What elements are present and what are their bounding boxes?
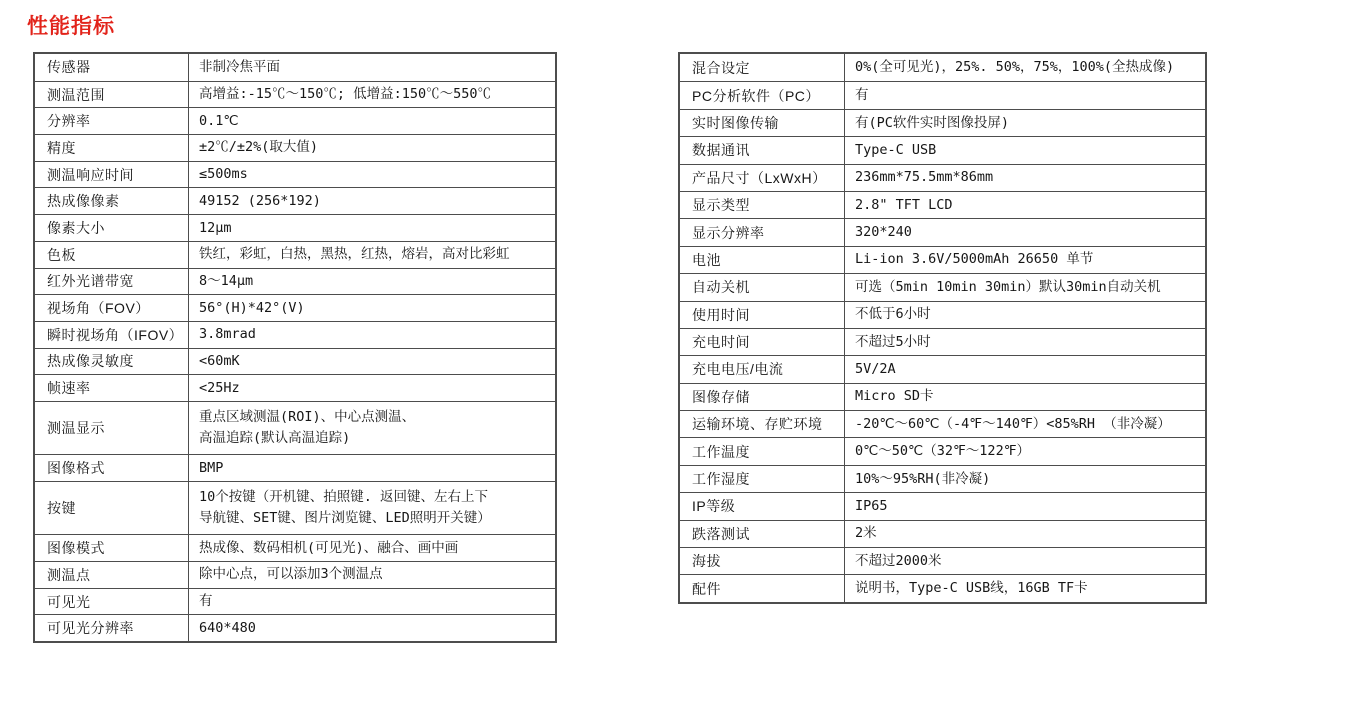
spec-value: 56°(H)*42°(V)	[189, 295, 555, 321]
spec-label: 数据通讯	[680, 137, 845, 163]
table-row: 图像存储Micro SD卡	[680, 383, 1205, 410]
spec-value: 不低于6小时	[845, 302, 1205, 328]
spec-label: 充电时间	[680, 329, 845, 355]
spec-label: PC分析软件（PC）	[680, 82, 845, 108]
table-row: 跌落测试2米	[680, 520, 1205, 547]
table-row: 图像格式BMP	[35, 454, 555, 481]
spec-label: 工作湿度	[680, 466, 845, 492]
table-row: 显示类型2.8" TFT LCD	[680, 191, 1205, 218]
spec-value: Type-C USB	[845, 137, 1205, 163]
spec-label: 可见光分辨率	[35, 615, 189, 641]
spec-value: <60mK	[189, 349, 555, 375]
spec-label: 测温显示	[35, 402, 189, 454]
spec-value: 8～14μm	[189, 269, 555, 295]
spec-value: ≤500ms	[189, 162, 555, 188]
spec-label: 使用时间	[680, 302, 845, 328]
table-row: 瞬时视场角（IFOV）3.8mrad	[35, 321, 555, 348]
spec-value: BMP	[189, 455, 555, 481]
table-row: 充电时间不超过5小时	[680, 328, 1205, 355]
spec-value: 除中心点，可以添加3个测温点	[189, 562, 555, 588]
spec-value: 320*240	[845, 219, 1205, 245]
table-row: 充电电压/电流5V/2A	[680, 355, 1205, 382]
spec-value: 10个按键（开机键、拍照键. 返回键、左右上下 导航键、SET键、图片浏览键、L…	[189, 482, 555, 534]
table-row: 配件说明书，Type-C USB线，16GB TF卡	[680, 574, 1205, 601]
table-row: 热成像像素49152 (256*192)	[35, 187, 555, 214]
spec-value: 3.8mrad	[189, 322, 555, 348]
spec-label: 跌落测试	[680, 521, 845, 547]
spec-label: 像素大小	[35, 215, 189, 241]
table-row: 数据通讯Type-C USB	[680, 136, 1205, 163]
table-row: 电池Li-ion 3.6V/5000mAh 26650 单节	[680, 246, 1205, 273]
spec-value: IP65	[845, 493, 1205, 519]
spec-value: 有	[845, 82, 1205, 108]
spec-value: 重点区域测温(ROI)、中心点测温、 高温追踪(默认高温追踪)	[189, 402, 555, 454]
spec-label: 电池	[680, 247, 845, 273]
spec-value: Li-ion 3.6V/5000mAh 26650 单节	[845, 247, 1205, 273]
spec-value: 有	[189, 589, 555, 615]
table-row: 红外光谱带宽8～14μm	[35, 268, 555, 295]
table-row: 测温点除中心点，可以添加3个测温点	[35, 561, 555, 588]
table-row: 精度±2℃/±2%(取大值)	[35, 134, 555, 161]
spec-value: 不超过5小时	[845, 329, 1205, 355]
spec-label: 混合设定	[680, 54, 845, 81]
spec-label: 分辨率	[35, 108, 189, 134]
spec-value: ±2℃/±2%(取大值)	[189, 135, 555, 161]
table-row: 视场角（FOV）56°(H)*42°(V)	[35, 294, 555, 321]
spec-label: 工作温度	[680, 438, 845, 464]
spec-value: 0.1℃	[189, 108, 555, 134]
spec-value: 热成像、数码相机(可见光)、融合、画中画	[189, 535, 555, 561]
spec-label: 产品尺寸（LxWxH）	[680, 165, 845, 191]
table-row: 按键10个按键（开机键、拍照键. 返回键、左右上下 导航键、SET键、图片浏览键…	[35, 481, 555, 534]
spec-label: 视场角（FOV）	[35, 295, 189, 321]
spec-label: 运输环境、存贮环境	[680, 411, 845, 437]
spec-value: 高增益:-15℃～150℃; 低增益:150℃～550℃	[189, 82, 555, 108]
spec-value: -20℃～60℃（-4℉～140℉）<85%RH （非冷凝）	[845, 411, 1205, 437]
spec-label: 精度	[35, 135, 189, 161]
page-title: 性能指标	[27, 10, 115, 40]
spec-value: 2.8" TFT LCD	[845, 192, 1205, 218]
spec-value: 49152 (256*192)	[189, 188, 555, 214]
spec-label: 显示类型	[680, 192, 845, 218]
spec-label: 图像存储	[680, 384, 845, 410]
table-row: 显示分辨率320*240	[680, 218, 1205, 245]
spec-value: <25Hz	[189, 375, 555, 401]
spec-label: 瞬时视场角（IFOV）	[35, 322, 189, 348]
spec-label: 传感器	[35, 54, 189, 81]
spec-label: 测温响应时间	[35, 162, 189, 188]
spec-value: 236mm*75.5mm*86mm	[845, 165, 1205, 191]
table-row: 色板铁红，彩虹，白热，黑热，红热，熔岩，高对比彩虹	[35, 241, 555, 268]
spec-value: 0℃～50℃（32℉～122℉）	[845, 438, 1205, 464]
table-row: IP等级IP65	[680, 492, 1205, 519]
spec-label: 海拔	[680, 548, 845, 574]
spec-label: 显示分辨率	[680, 219, 845, 245]
table-row: 运输环境、存贮环境-20℃～60℃（-4℉～140℉）<85%RH （非冷凝）	[680, 410, 1205, 437]
spec-label: 红外光谱带宽	[35, 269, 189, 295]
spec-label: 图像模式	[35, 535, 189, 561]
performance-spec-table-left: 传感器非制冷焦平面测温范围高增益:-15℃～150℃; 低增益:150℃～550…	[33, 52, 557, 643]
table-row: 产品尺寸（LxWxH）236mm*75.5mm*86mm	[680, 164, 1205, 191]
spec-value: 0%(全可见光)，25%. 50%，75%，100%(全热成像)	[845, 54, 1205, 81]
table-row: 热成像灵敏度<60mK	[35, 348, 555, 375]
spec-label: 色板	[35, 242, 189, 268]
spec-label: 测温点	[35, 562, 189, 588]
table-row: 测温响应时间≤500ms	[35, 161, 555, 188]
table-row: 海拔不超过2000米	[680, 547, 1205, 574]
table-row: 工作温度0℃～50℃（32℉～122℉）	[680, 437, 1205, 464]
table-row: 混合设定0%(全可见光)，25%. 50%，75%，100%(全热成像)	[680, 54, 1205, 81]
table-row: 使用时间不低于6小时	[680, 301, 1205, 328]
performance-spec-table-right: 混合设定0%(全可见光)，25%. 50%，75%，100%(全热成像)PC分析…	[678, 52, 1207, 604]
spec-label: 实时图像传输	[680, 110, 845, 136]
table-row: 分辨率0.1℃	[35, 107, 555, 134]
spec-label: 自动关机	[680, 274, 845, 300]
spec-value: 有(PC软件实时图像投屏)	[845, 110, 1205, 136]
spec-value: 可选（5min 10min 30min）默认30min自动关机	[845, 274, 1205, 300]
table-row: 可见光有	[35, 588, 555, 615]
spec-label: 配件	[680, 575, 845, 601]
table-row: 测温范围高增益:-15℃～150℃; 低增益:150℃～550℃	[35, 81, 555, 108]
table-row: PC分析软件（PC）有	[680, 81, 1205, 108]
table-row: 图像模式热成像、数码相机(可见光)、融合、画中画	[35, 534, 555, 561]
table-row: 实时图像传输有(PC软件实时图像投屏)	[680, 109, 1205, 136]
spec-label: IP等级	[680, 493, 845, 519]
table-row: 帧速率<25Hz	[35, 374, 555, 401]
spec-label: 热成像灵敏度	[35, 349, 189, 375]
table-row: 工作湿度10%～95%RH(非冷凝)	[680, 465, 1205, 492]
spec-value: 12μm	[189, 215, 555, 241]
spec-value: 铁红，彩虹，白热，黑热，红热，熔岩，高对比彩虹	[189, 242, 555, 268]
spec-value: 2米	[845, 521, 1205, 547]
table-row: 传感器非制冷焦平面	[35, 54, 555, 81]
spec-label: 图像格式	[35, 455, 189, 481]
spec-label: 热成像像素	[35, 188, 189, 214]
spec-label: 按键	[35, 482, 189, 534]
spec-label: 测温范围	[35, 82, 189, 108]
spec-label: 可见光	[35, 589, 189, 615]
table-row: 测温显示重点区域测温(ROI)、中心点测温、 高温追踪(默认高温追踪)	[35, 401, 555, 454]
spec-label: 充电电压/电流	[680, 356, 845, 382]
spec-value: 说明书，Type-C USB线，16GB TF卡	[845, 575, 1205, 601]
spec-value: 非制冷焦平面	[189, 54, 555, 81]
spec-value: Micro SD卡	[845, 384, 1205, 410]
spec-value: 5V/2A	[845, 356, 1205, 382]
spec-label: 帧速率	[35, 375, 189, 401]
spec-value: 10%～95%RH(非冷凝)	[845, 466, 1205, 492]
table-row: 可见光分辨率640*480	[35, 614, 555, 641]
table-row: 像素大小12μm	[35, 214, 555, 241]
spec-value: 不超过2000米	[845, 548, 1205, 574]
table-row: 自动关机可选（5min 10min 30min）默认30min自动关机	[680, 273, 1205, 300]
spec-value: 640*480	[189, 615, 555, 641]
